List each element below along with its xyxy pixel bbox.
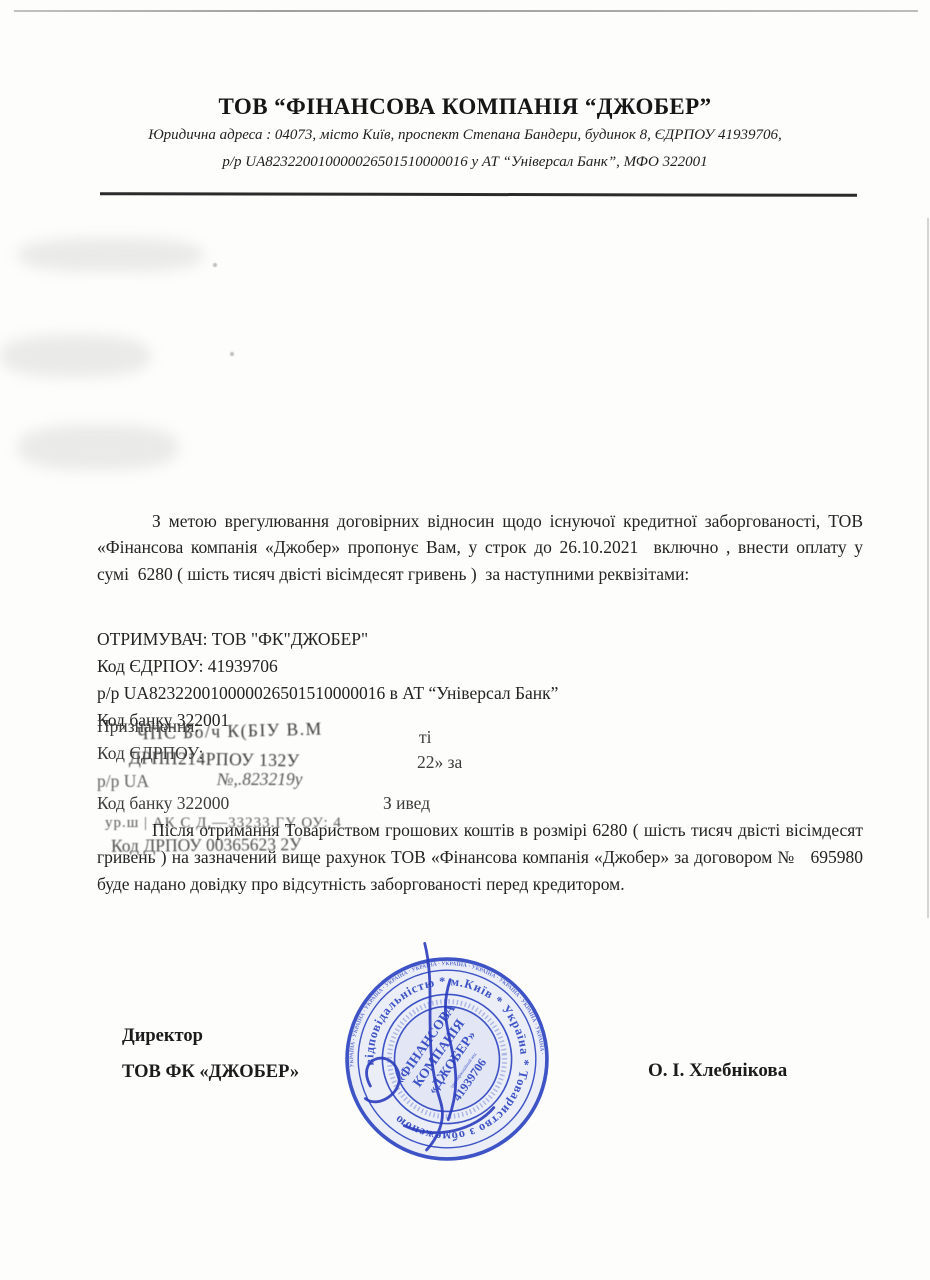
- garble-line: З ивед: [383, 793, 430, 814]
- scan-smudge: [0, 335, 150, 377]
- scan-smudge: [18, 425, 178, 470]
- signature-role: Директор: [122, 1026, 203, 1047]
- garble-line: №,.823219у: [217, 769, 303, 790]
- scan-smudge: [18, 238, 203, 272]
- requisite-recipient: ОТРИМУВАЧ: ТОВ "ФК"ДЖОБЕР": [97, 626, 863, 653]
- signature-company: ТОВ ФК «ДЖОБЕР»: [122, 1062, 299, 1083]
- scanned-letter-page: ТОВ “ФІНАНСОВА КОМПАНІЯ “ДЖОБЕР” Юридичн…: [0, 0, 930, 1280]
- scan-speck: [213, 263, 217, 267]
- company-title: ТОВ “ФІНАНСОВА КОМПАНІЯ “ДЖОБЕР”: [0, 94, 930, 120]
- scan-speck: [230, 352, 234, 356]
- requisite-bank-code: Код банку 322001: [97, 707, 863, 734]
- confirmation-paragraph: Після отримання Товариством грошових кош…: [97, 817, 863, 898]
- letterhead-divider: [100, 192, 857, 197]
- garble-line: ДРПП214РПОУ 132У: [129, 748, 300, 772]
- letterhead: ТОВ “ФІНАНСОВА КОМПАНІЯ “ДЖОБЕР” Юридичн…: [0, 94, 930, 174]
- requisite-account: р/р UA823220010000026501510000016 в АТ “…: [97, 680, 863, 707]
- payment-requisites: ОТРИМУВАЧ: ТОВ "ФК"ДЖОБЕР" Код ЄДРПОУ: 4…: [97, 626, 863, 734]
- signature-name: О. І. Хлебнікова: [648, 1060, 787, 1082]
- offer-paragraph: З метою врегулювання договірних відносин…: [97, 508, 863, 587]
- scan-edge-top-line: [14, 10, 918, 12]
- company-round-stamp: УКРАЇНА · УКРАЇНА · УКРАЇНА · УКРАЇНА · …: [329, 941, 565, 1177]
- company-address-line1: Юридична адреса : 04073, місто Київ, про…: [0, 124, 930, 147]
- requisite-edrpou: Код ЄДРПОУ: 41939706: [97, 653, 863, 680]
- scan-edge-right-line: [927, 218, 929, 918]
- garble-line: 22» за: [417, 752, 462, 773]
- garble-line: р/р UA: [97, 771, 149, 792]
- garble-line: Код ЄДРПОУ:: [97, 743, 203, 764]
- garble-line: Код банку 322000: [97, 793, 229, 814]
- company-address-line2: р/р UA823220010000026501510000016 у АТ “…: [0, 151, 930, 174]
